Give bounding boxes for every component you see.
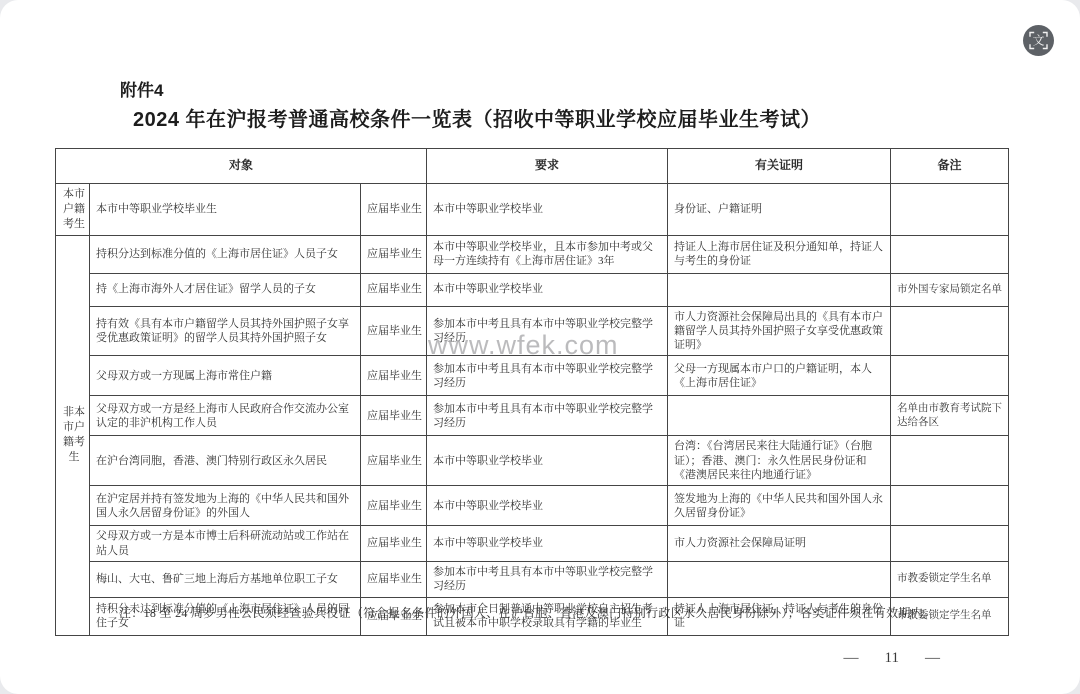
certificate-cell: 持证人上海市居住证及积分通知单，持证人与考生的身份证 [668, 235, 891, 273]
table-row: 父母双方或一方是经上海市人民政府合作交流办公室认定的非沪机构工作人员 应届毕业生… [56, 396, 1009, 436]
status-cell: 应届毕业生 [361, 356, 427, 396]
requirement-cell: 本市中等职业学校毕业 [427, 526, 668, 562]
page-number-dash-right: — [925, 650, 940, 667]
requirement-cell: 本市中等职业学校毕业 [427, 184, 668, 236]
table-row: 持有效《具有本市户籍留学人员其持外国护照子女享受优惠政策证明》的留学人员其持外国… [56, 306, 1009, 356]
note-cell [891, 184, 1009, 236]
translate-icon: 文 [1029, 31, 1048, 50]
status-cell: 应届毕业生 [361, 396, 427, 436]
note-cell: 市教委锁定学生名单 [891, 561, 1009, 597]
certificate-cell [668, 396, 891, 436]
document-page: 附件4 2024 年在沪报考普通高校条件一览表（招收中等职业学校应届毕业生考试）… [0, 0, 1080, 694]
requirement-cell: 参加本市中考且具有本市中等职业学校完整学习经历 [427, 306, 668, 356]
page-number-value: 11 [885, 650, 899, 667]
certificate-cell: 台湾：《台湾居民来往大陆通行证》（台胞证）；香港、澳门：永久性居民身份证和《港澳… [668, 436, 891, 486]
object-cell: 持有效《具有本市户籍留学人员其持外国护照子女享受优惠政策证明》的留学人员其持外国… [90, 306, 361, 356]
group-cell-nonlocal: 非本市户籍考生 [56, 235, 90, 635]
requirement-cell: 参加本市中考且具有本市中等职业学校完整学习经历 [427, 561, 668, 597]
requirement-cell: 参加本市中考且具有本市中等职业学校完整学习经历 [427, 356, 668, 396]
header-certificate: 有关证明 [668, 149, 891, 184]
requirement-cell: 本市中等职业学校毕业 [427, 486, 668, 526]
object-cell: 父母双方或一方是经上海市人民政府合作交流办公室认定的非沪机构工作人员 [90, 396, 361, 436]
conditions-table: 对象 要求 有关证明 备注 本市户籍考生 本市中等职业学校毕业生 应届毕业生 本… [55, 148, 1009, 636]
certificate-cell: 父母一方现属本市户口的户籍证明，本人《上海市居住证》 [668, 356, 891, 396]
note-cell: 名单由市教育考试院下达给各区 [891, 396, 1009, 436]
table-row: 本市户籍考生 本市中等职业学校毕业生 应届毕业生 本市中等职业学校毕业 身份证、… [56, 184, 1009, 236]
note-cell [891, 486, 1009, 526]
requirement-cell: 本市中等职业学校毕业 [427, 273, 668, 306]
table-footnote: 注：18 至 24 周岁男性公民须经查验兵役证（符合报名条件的外国人、在沪台胞、… [119, 604, 999, 621]
table-row: 非本市户籍考生 持积分达到标准分值的《上海市居住证》人员子女 应届毕业生 本市中… [56, 235, 1009, 273]
table-row: 在沪定居并持有签发地为上海的《中华人民共和国外国人永久居留身份证》的外国人 应届… [56, 486, 1009, 526]
object-cell: 在沪台湾同胞，香港、澳门特别行政区永久居民 [90, 436, 361, 486]
table-row: 梅山、大屯、鲁矿三地上海后方基地单位职工子女 应届毕业生 参加本市中考且具有本市… [56, 561, 1009, 597]
status-cell: 应届毕业生 [361, 486, 427, 526]
table-row: 父母双方或一方现属上海市常住户籍 应届毕业生 参加本市中考且具有本市中等职业学校… [56, 356, 1009, 396]
header-note: 备注 [891, 149, 1009, 184]
object-cell: 持《上海市海外人才居住证》留学人员的子女 [90, 273, 361, 306]
note-cell [891, 436, 1009, 486]
certificate-cell: 签发地为上海的《中华人民共和国外国人永久居留身份证》 [668, 486, 891, 526]
status-cell: 应届毕业生 [361, 306, 427, 356]
svg-text:文: 文 [1032, 34, 1044, 48]
status-cell: 应届毕业生 [361, 436, 427, 486]
header-requirement: 要求 [427, 149, 668, 184]
table-row: 持《上海市海外人才居住证》留学人员的子女 应届毕业生 本市中等职业学校毕业 市外… [56, 273, 1009, 306]
certificate-cell [668, 561, 891, 597]
requirement-cell: 本市中等职业学校毕业，且本市参加中考或父母一方连续持有《上海市居住证》3年 [427, 235, 668, 273]
group-cell-local: 本市户籍考生 [56, 184, 90, 236]
status-cell: 应届毕业生 [361, 561, 427, 597]
translate-button[interactable]: 文 [1023, 25, 1054, 56]
page-number: — 11 — [844, 650, 940, 667]
certificate-cell: 市人力资源社会保障局证明 [668, 526, 891, 562]
header-row: 对象 要求 有关证明 备注 [56, 149, 1009, 184]
table-row: 父母双方或一方是本市博士后科研流动站或工作站在站人员 应届毕业生 本市中等职业学… [56, 526, 1009, 562]
note-cell [891, 235, 1009, 273]
certificate-cell: 身份证、户籍证明 [668, 184, 891, 236]
certificate-cell [668, 273, 891, 306]
object-cell: 父母双方或一方是本市博士后科研流动站或工作站在站人员 [90, 526, 361, 562]
note-cell [891, 356, 1009, 396]
object-cell: 持积分达到标准分值的《上海市居住证》人员子女 [90, 235, 361, 273]
note-cell [891, 306, 1009, 356]
table-row: 在沪台湾同胞，香港、澳门特别行政区永久居民 应届毕业生 本市中等职业学校毕业 台… [56, 436, 1009, 486]
status-cell: 应届毕业生 [361, 184, 427, 236]
object-cell: 本市中等职业学校毕业生 [90, 184, 361, 236]
certificate-cell: 市人力资源社会保障局出具的《具有本市户籍留学人员其持外国护照子女享受优惠政策证明… [668, 306, 891, 356]
note-cell [891, 526, 1009, 562]
object-cell: 在沪定居并持有签发地为上海的《中华人民共和国外国人永久居留身份证》的外国人 [90, 486, 361, 526]
note-cell: 市外国专家局锁定名单 [891, 273, 1009, 306]
status-cell: 应届毕业生 [361, 235, 427, 273]
page-title: 2024 年在沪报考普通高校条件一览表（招收中等职业学校应届毕业生考试） [133, 103, 821, 132]
header-object: 对象 [56, 149, 427, 184]
attachment-label: 附件4 [120, 76, 163, 101]
status-cell: 应届毕业生 [361, 526, 427, 562]
requirement-cell: 本市中等职业学校毕业 [427, 436, 668, 486]
requirement-cell: 参加本市中考且具有本市中等职业学校完整学习经历 [427, 396, 668, 436]
status-cell: 应届毕业生 [361, 273, 427, 306]
page-number-dash-left: — [844, 650, 859, 667]
object-cell: 父母双方或一方现属上海市常住户籍 [90, 356, 361, 396]
object-cell: 梅山、大屯、鲁矿三地上海后方基地单位职工子女 [90, 561, 361, 597]
